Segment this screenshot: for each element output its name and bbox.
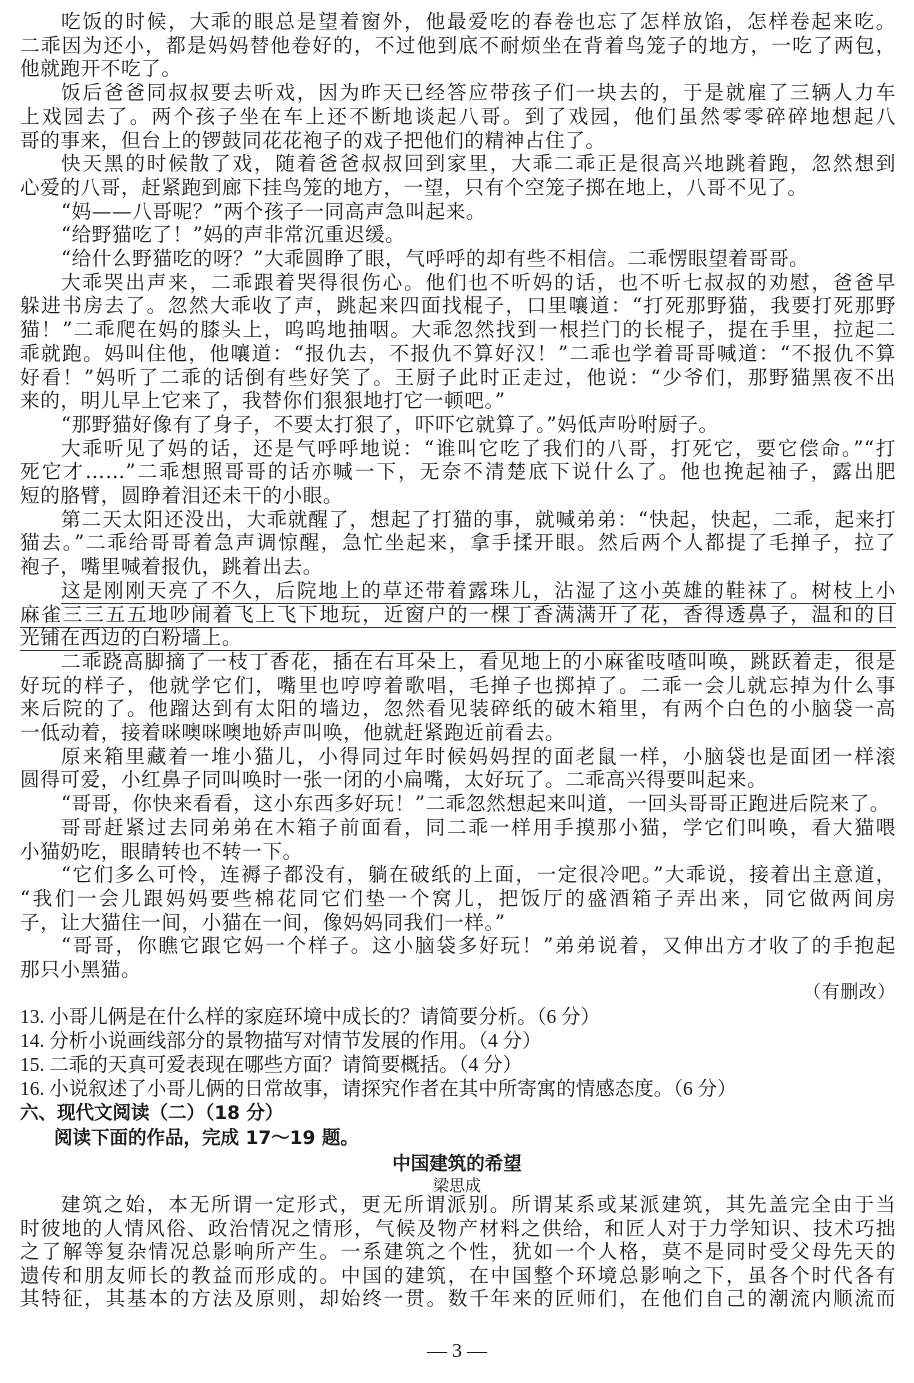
exam-page: 吃饭的时候，大乖的眼总是望着窗外，他最爱吃的春卷也忘了怎样放馅，怎样卷起来吃。二… xyxy=(0,0,914,1383)
text-line: 那只小黑猫。 xyxy=(20,958,896,982)
text-line: 来的，明儿早上它来了，我替你们狠狠地打它一顿吧。” xyxy=(20,389,896,413)
text-line: 哥哥赶紧过去同弟弟在木箱子前面看，同二乖一样用手摸那小猫，学它们叫唤，看大猫喂 xyxy=(61,816,896,840)
text-line: 好看！”妈听了二乖的话倒有些好笑了。王厨子此时正走过，他说：“少爷们，那野猫黑夜… xyxy=(20,366,896,390)
text-line: 猫！”二乖爬在妈的膝头上，呜呜地抽咽。大乖忽然找到一根拦门的长棍子，提在手里，拉… xyxy=(20,318,896,342)
text-line: “我们一会儿跟妈妈要些棉花同它们垫一个窝儿，把饭厅的盛酒箱子弄出来，同它做两间房 xyxy=(20,887,896,911)
text-line: 吃饭的时候，大乖的眼总是望着窗外，他最爱吃的春卷也忘了怎样放馅，怎样卷起来吃。 xyxy=(61,10,896,34)
text-line: 大乖听见了妈的话，还是气呼呼地说：“谁叫它吃了我们的八哥，打死它，要它偿命。”“… xyxy=(61,437,896,461)
text-line: 二乖跷高脚摘了一枝丁香花，插在右耳朵上，看见地上的小麻雀吱喳叫唤，跳跃着走，很是 xyxy=(61,650,896,674)
text-line: 快天黑的时候散了戏，随着爸爸叔叔回到家里，大乖二乖正是很高兴地跳着跑，忽然想到 xyxy=(61,152,896,176)
text-line: 来后院的了。他蹓达到有太阳的墙边，忽然看见装碎纸的破木箱里，有两个白色的小脑袋一… xyxy=(20,697,896,721)
underlined-text-line: 光铺在西边的白粉墙上。 xyxy=(20,626,896,651)
text-line: 小猫奶吃，眼睛转也不转一下。 xyxy=(20,840,896,864)
text-line: 圆得可爱，小红鼻子同叫唤时一张一闭的小扁嘴，太好玩了。二乖高兴得要叫起来。 xyxy=(20,768,896,792)
text-line: 猫去。”二乖给哥哥着急声调惊醒，急忙坐起来，拿手揉开眼。然后两个人都提了毛掸子，… xyxy=(20,531,896,555)
question-14: 14. 分析小说画线部分的景物描写对情节发展的作用。（4 分） xyxy=(20,1030,896,1054)
text-line: “那野猫好像有了身子，不要太打狠了，吓吓它就算了。”妈低声吩咐厨子。 xyxy=(61,413,896,437)
text-line: 一低动着，接着咪噢咪噢地娇声叫唤，他就赶紧跑近前看去。 xyxy=(20,721,896,745)
text-line: 大乖哭出声来，二乖跟着哭得很伤心。他们也不听妈的话，也不听七叔叔的劝慰，爸爸早 xyxy=(61,271,896,295)
text-line: 第二天太阳还没出，大乖就醒了，想起了打猫的事，就喊弟弟：“快起，快起，二乖，起来… xyxy=(61,508,896,532)
text-line: 好玩的样子，他就学它们，嘴里也哼哼着歌唱，毛掸子也掷掉了。二乖一会儿就忘掉为什么… xyxy=(20,674,896,698)
text-line: 心爱的八哥，赶紧跑到廊下挂鸟笼的地方，一望，只有个空笼子掷在地上，八哥不见了。 xyxy=(20,176,896,200)
text-line: 二乖因为还小，都是妈妈替他卷好的，不过他到底不耐烦坐在背着鸟笼子的地方，一吃了两… xyxy=(20,34,896,58)
text-line: 遗传和朋友师长的教益而形成的。中国的建筑，在中国整个环境总影响之下，虽各个时代各… xyxy=(20,1264,896,1288)
text-line: 时彼地的人情风俗、政治情况之情形，气候及物产材料之供给，和匠人对于力学知识、技术… xyxy=(20,1217,896,1241)
text-line: 袍子，嘴里喊着报仇，跳着出去。 xyxy=(20,555,896,579)
page-number: — 3 — xyxy=(0,1340,914,1363)
text-line: 之了解等复杂情况总影响所产生。一系建筑之个性，犹如一个人格，莫不是同时受父母先天… xyxy=(20,1240,896,1264)
underlined-text-line: 麻雀三三五五地吵闹着飞上飞下地玩，近窗户的一棵丁香满满开了花，香得透鼻子，温和的… xyxy=(20,603,896,628)
underlined-text-line: 这是刚刚天亮了不久，后院地上的草还带着露珠儿，沾湿了这小英雄的鞋袜了。树枝上小 xyxy=(61,579,896,604)
text-line: 上戏园去了。两个孩子坐在车上还不断地谈起八哥。到了戏园，他们虽然零零碎碎地想起八 xyxy=(20,105,896,129)
text-line: 子，让大猫住一间，小猫在一间，像妈妈同我们一样。” xyxy=(20,911,896,935)
section-instruction: 阅读下面的作品，完成 17～19 题。 xyxy=(54,1127,889,1151)
text-line: 乖就跑。妈叫住他，他嚷道：“报仇去，不报仇不算好汉！”二乖也学着哥哥喊道：“不报… xyxy=(20,342,896,366)
text-line: “它们多么可怜，连褥子都没有，躺在破纸的上面，一定很冷吧。”大乖说，接着出主意道… xyxy=(61,863,896,887)
text-line: “给野猫吃了！”妈的声非常沉重迟缓。 xyxy=(61,223,896,247)
text-line: 躲进书房去了。忽然大乖收了声，跳起来四面找棍子，口里嚷道：“打死那野猫，我要打死… xyxy=(20,294,896,318)
text-line: 短的胳臂，圆睁着泪还未干的小眼。 xyxy=(20,484,896,508)
text-line: “哥哥，你瞧它跟它妈一个样子。这小脑袋多好玩！”弟弟说着，又伸出方才收了的手抱起 xyxy=(61,934,896,958)
question-13: 13. 小哥儿俩是在什么样的家庭环境中成长的？请简要分析。（6 分） xyxy=(20,1006,896,1030)
question-15: 15. 二乖的天真可爱表现在哪些方面？请简要概括。（4 分） xyxy=(20,1054,896,1078)
source-note: （有删改） xyxy=(20,981,896,1005)
text-line: “哥哥，你快来看看，这小东西多好玩！”二乖忽然想起来叫道，一回头哥哥正跑进后院来… xyxy=(61,792,896,816)
question-16: 16. 小说叙述了小哥儿俩的日常故事，请探究作者在其中所寄寓的情感态度。（6 分… xyxy=(20,1078,896,1102)
text-line: “给什么野猫吃的呀？”大乖圆睁了眼，气呼呼的却有些不相信。二乖愣眼望着哥哥。 xyxy=(61,247,896,271)
section-heading: 六、现代文阅读（二）（18 分） xyxy=(20,1102,896,1126)
text-line: 原来箱里藏着一堆小猫儿，小得同过年时候妈妈捏的面老鼠一样，小脑袋也是面团一样滚 xyxy=(61,745,896,769)
text-line: 其特征，其基本的方法及原则，却始终一贯。数千年来的匠师们，在他们自己的潮流内顺流… xyxy=(20,1287,896,1311)
text-line: “妈——八哥呢？”两个孩子一同高声急叫起来。 xyxy=(61,200,896,224)
text-line: 死它才……”二乖想照哥哥的话亦喊一下，无奈不清楚底下说什么了。他也挽起袖子，露出… xyxy=(20,460,896,484)
text-line: 他就跑开不吃了。 xyxy=(20,57,896,81)
text-line: 哥的事来，但台上的锣鼓同花花袍子的戏子把他们的精神占住了。 xyxy=(20,129,896,153)
text-line: 建筑之始，本无所谓一定形式，更无所谓派别。所谓某系或某派建筑，其先盖完全由于当 xyxy=(61,1193,896,1217)
text-line: 饭后爸爸同叔叔要去听戏，因为昨天已经答应带孩子们一块去的，于是就雇了三辆人力车 xyxy=(61,81,896,105)
